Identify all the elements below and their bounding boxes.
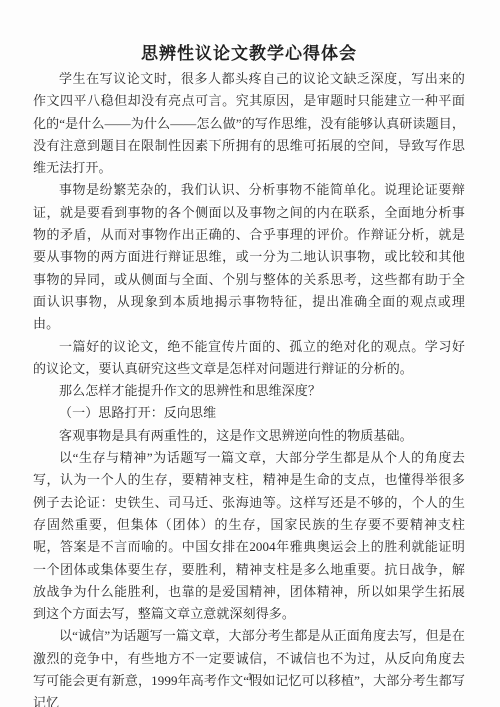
section-heading-reverse-thinking: （一）思路打开：反向思维 [33, 402, 465, 424]
page-number: 1 [0, 672, 500, 683]
paragraph-integrity-example: 以“诚信”为话题写一篇文章，大部分考生都是从正面角度去写，但是在激烈的竞争中，有… [33, 625, 465, 707]
paragraph-dialectic-analysis: 事物是纷繁芜杂的，我们认识、分析事物不能简单化。说理论证要辩证，就是要看到事物的… [33, 179, 465, 335]
document-body: 学生在写议论文时，很多人都头疼自己的议论文缺乏深度，写出来的作文四平八稳但却没有… [33, 68, 465, 707]
paragraph-intro: 学生在写议论文时，很多人都头疼自己的议论文缺乏深度，写出来的作文四平八稳但却没有… [33, 68, 465, 179]
paragraph-question: 那么怎样才能提升作文的思辨性和思维深度？ [33, 380, 465, 402]
paragraph-survival-spirit-example: 以“生存与精神”为话题写一篇文章，大部分学生都是从个人的角度去写，认为一个人的生… [33, 447, 465, 625]
paragraph-duality: 客观事物是具有两重性的，这是作文思辨逆向性的物质基础。 [33, 425, 465, 447]
document-title: 思辨性议论文教学心得体会 [33, 42, 465, 66]
document-page: 思辨性议论文教学心得体会 学生在写议论文时，很多人都头疼自己的议论文缺乏深度，写… [0, 0, 500, 707]
paragraph-good-essay: 一篇好的议论文，绝不能宣传片面的、孤立的绝对化的观点。学习好的议论文，要认真研究… [33, 336, 465, 381]
